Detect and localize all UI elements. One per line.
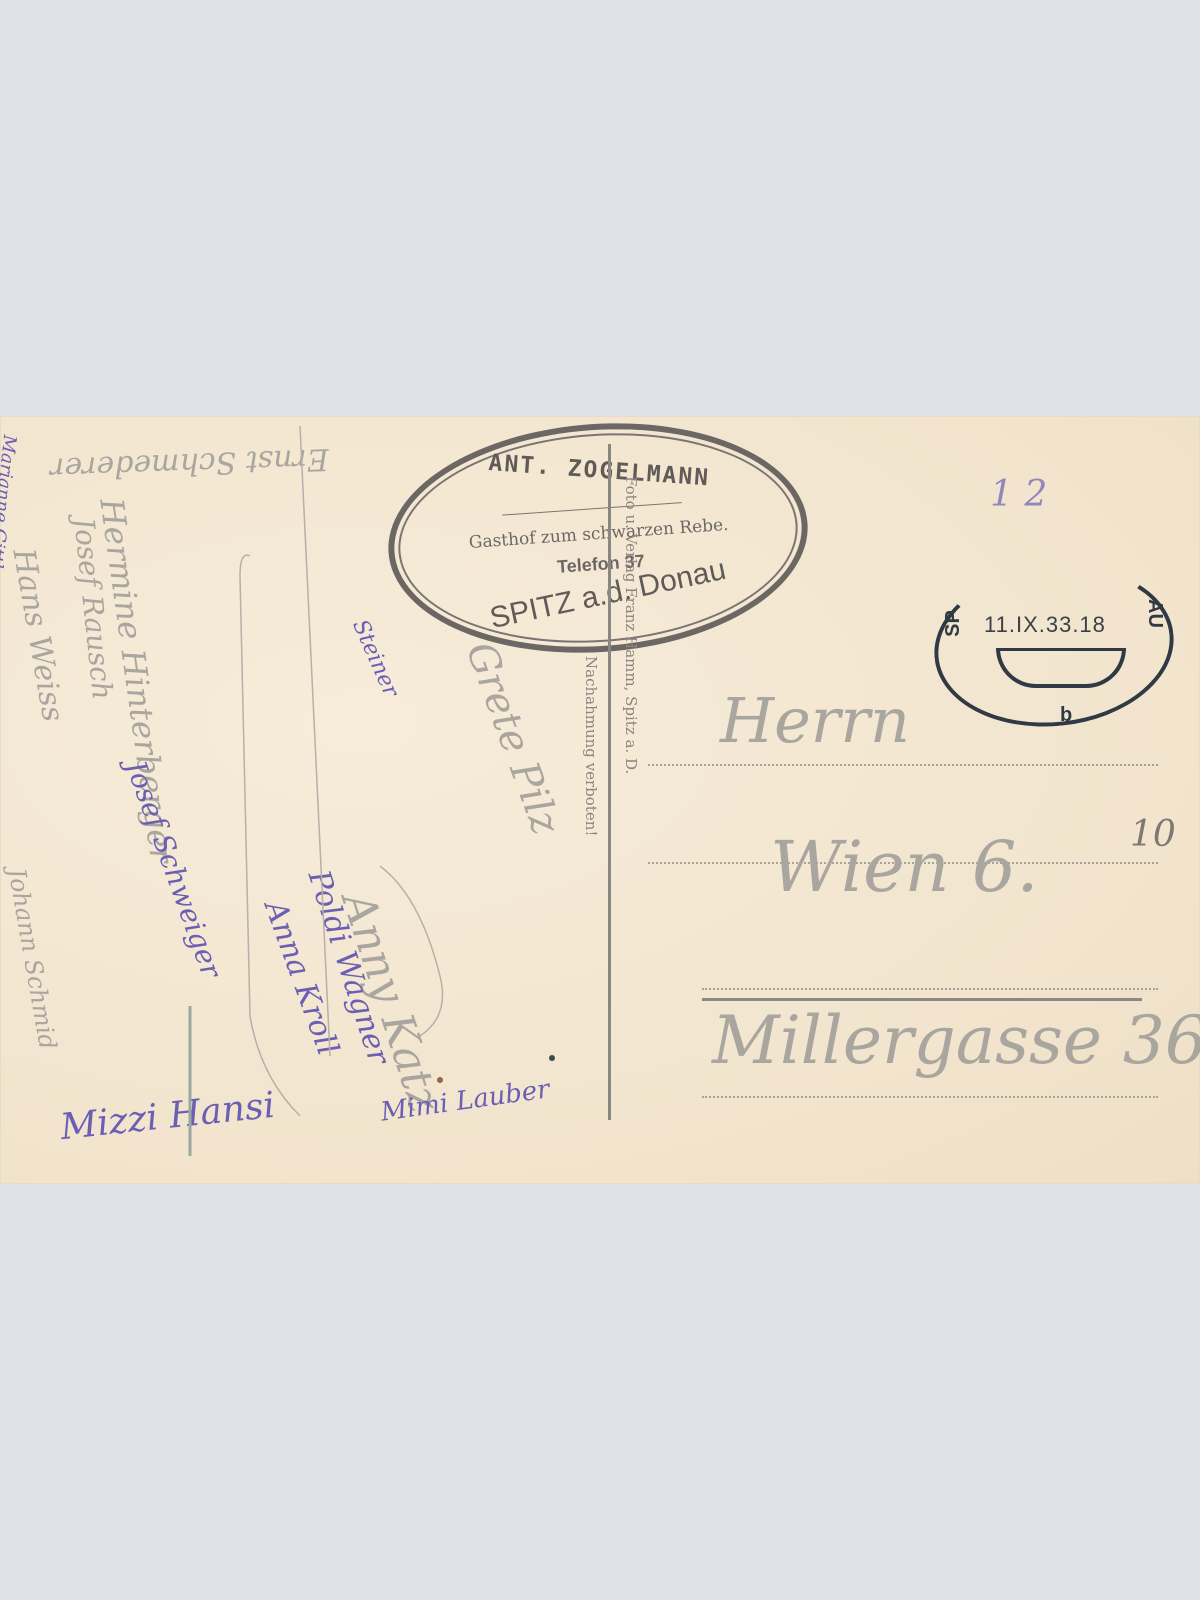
- postmark-left-letters: SP: [942, 610, 965, 637]
- postmark-circle: [926, 554, 1181, 738]
- address-line-4: [702, 1096, 1158, 1098]
- address-line-3: [702, 988, 1158, 990]
- postmark-right-letters: AU: [1143, 599, 1166, 628]
- publisher-credit: Foto u. Verlag Franz Hamm, Spitz a. D.: [622, 476, 640, 774]
- address-city: Wien 6.: [770, 826, 1039, 908]
- postmark-bowl-mark: [996, 648, 1126, 688]
- address-salutation: Herrn: [720, 684, 910, 757]
- address-street: Millergasse 36: [712, 1002, 1200, 1079]
- pencil-note-top-right: 1 2: [990, 474, 1047, 515]
- postcard-back: ANT. ZOGELMANN Gasthof zum schwarzen Reb…: [0, 416, 1200, 1184]
- postmark-date: 11.IX.33.18: [984, 612, 1106, 638]
- address-underline: [702, 998, 1142, 1001]
- pencil-note-right-margin: 10: [1130, 814, 1176, 855]
- center-divider: [608, 444, 611, 1120]
- postmark-code-letter: b: [1060, 704, 1072, 727]
- pencil-scribbles: [0, 416, 600, 1184]
- address-line-1: [648, 764, 1158, 766]
